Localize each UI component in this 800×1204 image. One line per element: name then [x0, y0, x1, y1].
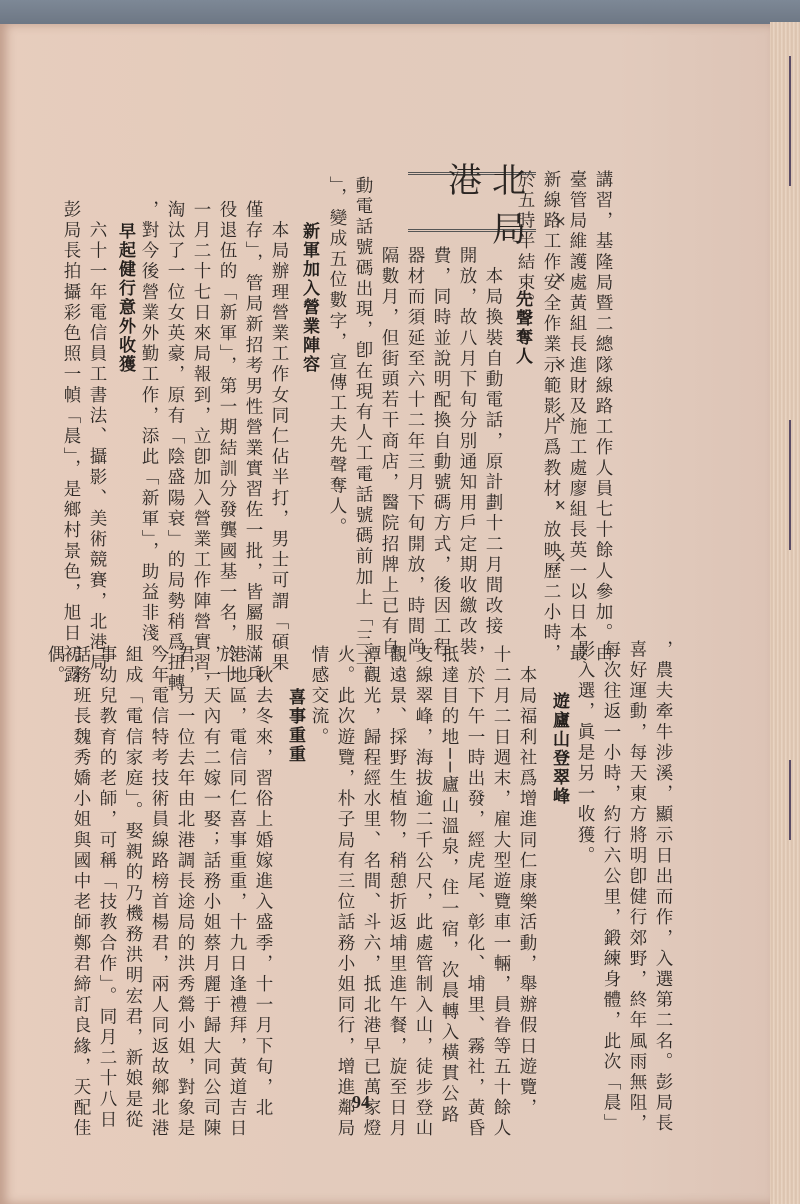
- section-separator: ×: [554, 354, 567, 372]
- spine-mark: [789, 56, 791, 186]
- article-line: 淘汰了一位女英豪，原有「陰盛陽衰」的局勢稍爲扭轉: [162, 200, 188, 694]
- article-line: ，於下午一時出發，經虎尾、彰化、埔里、霧社，黃昏: [462, 645, 488, 1139]
- article-line: 隔數月，但街頭若干商店，醫院招牌上已有自: [376, 246, 402, 658]
- prev-article-line: 臺管局維護處黃組長進財及施工處廖組長英一以日本最: [564, 170, 590, 664]
- article-line: 觀遠景、採野生植物，稍憩折返埔里進午餐，旋至日月: [384, 645, 410, 1139]
- page-number: 94: [352, 1092, 370, 1113]
- article-line: 組成「電信家庭」。娶親的乃機務洪明宏君，新娘是從: [120, 645, 146, 1131]
- article-line: 」，變成五位數字，宣傳工夫先聲奪人。: [324, 176, 350, 538]
- article-line: 抵達目的地──廬山溫泉，住一宿，次晨轉入橫貫公路: [436, 645, 462, 1125]
- masthead-text: 北港局: [408, 153, 536, 251]
- article-line: 潭觀光，歸程經水里、名間、斗六，抵北港早已萬家燈: [358, 645, 384, 1139]
- article-line: 每次往返一小時，約行六公里，鍛練身體，此次「晨」: [598, 640, 624, 1134]
- article-title: 遊廬山登翠峰: [546, 692, 572, 806]
- article-line: 十二月二日週末，雇大型遊覽車一輛，員眷等五十餘人: [488, 645, 514, 1139]
- article-line: 話務班長魏秀嬌小姐與國中老師鄭君締訂良緣，天配佳: [68, 645, 94, 1139]
- article-line: 一月二十七日來局報到，立卽加入營業工作陣營實習，: [188, 200, 214, 694]
- spine-mark: [789, 760, 791, 840]
- article-line: 本局換裝自動電話，原計劃十二月間改接: [480, 246, 506, 637]
- article-line: 役退伍的「新軍」，第一期結訓分發龔國基一名，於十: [214, 200, 240, 686]
- article-line: 今年電信特考技術員線路榜首楊君，兩人同返故鄉北港: [146, 645, 172, 1139]
- section-separator: ×: [554, 212, 567, 230]
- article-line: 喜好運動，每天東方將明卽健行郊野，終年風雨無阻，: [624, 640, 650, 1134]
- article-line: ，農夫牽牛涉溪，顯示日出而作，入選第二名。彭局長: [650, 640, 676, 1134]
- article-title: 新軍加入營業陣容: [296, 222, 322, 374]
- spine-mark: [789, 420, 791, 550]
- article-line: 彭局長拍攝彩色照一幀「晨」，是鄉村景色，旭日初露: [58, 200, 84, 686]
- article-line: 君，另一位去年由北港調長途局的洪秀鶯小姐，對象是: [172, 645, 198, 1139]
- section-separator: ×: [554, 408, 567, 426]
- section-separator: ×: [554, 548, 567, 566]
- article-line: 開放，故八月下旬分別通知用戶定期收繳改裝: [454, 246, 480, 658]
- prev-article-line: 講習，基隆局暨二總隊線路工作人員七十餘人參加。由: [590, 170, 616, 664]
- article-line: 港地區，電信同仁喜事重重，十九日逢禮拜，黃道吉日: [224, 645, 250, 1139]
- article-line: 僅存」，管局新招考男性營業實習佐一批，皆屬服滿兵: [240, 200, 266, 686]
- article-title: 喜事重重: [282, 688, 308, 764]
- article-line: 秋去冬來，習俗上婚嫁進入盛季，十一月下旬，北: [250, 645, 276, 1119]
- article-line: ，一天內有二嫁一娶；話務小姐蔡月麗于歸大同公司陳: [198, 645, 224, 1139]
- article-line: 情感交流。: [306, 645, 332, 748]
- section-separator: ×: [554, 268, 567, 286]
- article-line: 偶。: [42, 645, 68, 686]
- masthead-title: 北港局: [408, 172, 536, 232]
- article-title: 先聲奪人: [509, 290, 535, 366]
- section-separator: ×: [554, 496, 567, 514]
- article-line: 本局辦理營業工作女同仁佔半打，男士可謂「碩果: [266, 200, 292, 674]
- article-line: 費，同時並說明配換自動號碼方式，後因工程: [428, 246, 454, 658]
- article-line: ，對今後營業外勤工作，添此「新軍」，助益非淺。: [136, 200, 162, 665]
- article-title: 早起健行意外收獲: [112, 222, 138, 374]
- article-line: 本局福利社爲增進同仁康樂活動，舉辦假日遊覽，: [514, 645, 540, 1119]
- article-line: 器材而須延至六十二年三月下旬開放，時間尚: [402, 246, 428, 658]
- page-edges: [770, 22, 800, 1204]
- article-line: 事幼兒教育的老師，可稱「技教合作」。同月二十八日: [94, 645, 120, 1131]
- article-line: 影入選，眞是另一收獲。: [572, 640, 598, 867]
- article-line: 動電話號碼出現，卽在現有人工電話號碼前加上「三二: [350, 176, 376, 670]
- article-line: 支線翠峰，海拔逾二千公尺，此處管制入山，徒步登山: [410, 645, 436, 1139]
- article-line: 六十一年電信員工書法、攝影、美術競賽，北港局: [84, 200, 110, 674]
- article-line: 火。此次遊覽，朴子局有三位話務小姐同行，增進鄰局: [332, 645, 358, 1139]
